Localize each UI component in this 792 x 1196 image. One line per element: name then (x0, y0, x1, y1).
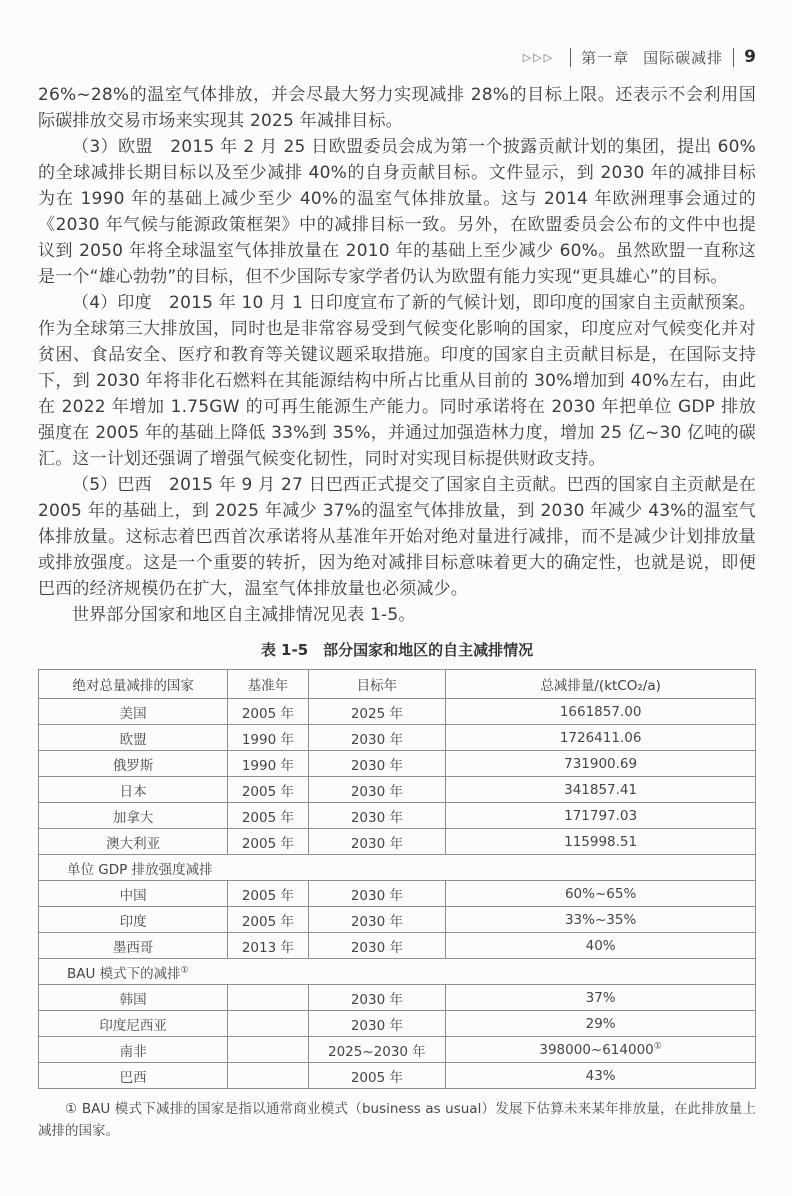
table-cell: 澳大利亚 (39, 829, 228, 855)
table-cell: 欧盟 (39, 725, 228, 751)
table-cell: 2030 年 (308, 725, 446, 751)
chapter-label: 第一章 (581, 47, 629, 68)
chevrons-icon: ▷▷▷ (523, 51, 554, 64)
table-cell: 2005 年 (228, 777, 308, 803)
table-row: 美国2005 年2025 年1661857.00 (39, 699, 756, 725)
table-row: 南非2025~2030 年398000~614000① (39, 1037, 756, 1063)
table-cell: 398000~614000① (446, 1037, 756, 1063)
table-cell: 2030 年 (308, 881, 446, 907)
page-header: ▷▷▷ 第一章 国际碳减排 9 (38, 46, 756, 68)
book-page: ▷▷▷ 第一章 国际碳减排 9 26%~28%的温室气体排放，并会尽最大努力实现… (0, 0, 792, 1196)
table-cell: 2005 年 (308, 1063, 446, 1089)
body-text: 26%~28%的温室气体排放，并会尽最大努力实现减排 28%的目标上限。还表示不… (38, 82, 756, 628)
footnote-marker: ① (181, 965, 189, 975)
table-cell (228, 985, 308, 1011)
table-cell: 29% (446, 1011, 756, 1037)
table-cell: 日本 (39, 777, 228, 803)
paragraph: 世界部分国家和地区自主减排情况见表 1-5。 (38, 602, 756, 628)
table-cell: 2005 年 (228, 699, 308, 725)
table-section-label: 单位 GDP 排放强度减排 (39, 855, 756, 881)
table-cell: 2005 年 (228, 803, 308, 829)
table-cell: 2025 年 (308, 699, 446, 725)
table-cell: 韩国 (39, 985, 228, 1011)
table-cell: 33%~35% (446, 907, 756, 933)
table-section-row: 单位 GDP 排放强度减排 (39, 855, 756, 881)
paragraph: （5）巴西 2015 年 9 月 27 日巴西正式提交了国家自主贡献。巴西的国家… (38, 472, 756, 602)
header-divider (570, 48, 571, 67)
table-cell: 2030 年 (308, 751, 446, 777)
paragraph: （3）欧盟 2015 年 2 月 25 日欧盟委员会成为第一个披露贡献计划的集团… (38, 134, 756, 290)
table-row: 欧盟1990 年2030 年1726411.06 (39, 725, 756, 751)
table-cell (228, 1063, 308, 1089)
table-cell: 加拿大 (39, 803, 228, 829)
page-number: 9 (744, 47, 756, 67)
table-cell: 1661857.00 (446, 699, 756, 725)
table-cell: 美国 (39, 699, 228, 725)
table-cell: 中国 (39, 881, 228, 907)
footnote-marker: ① (654, 1041, 662, 1051)
table-cell: 2030 年 (308, 1011, 446, 1037)
table-row: 墨西哥2013 年2030 年40% (39, 933, 756, 959)
paragraph: （4）印度 2015 年 10 月 1 日印度宣布了新的气候计划，即印度的国家自… (38, 290, 756, 472)
table-row: 印度2005 年2030 年33%~35% (39, 907, 756, 933)
table-cell: 2013 年 (228, 933, 308, 959)
table-cell (228, 1037, 308, 1063)
table-cell: 60%~65% (446, 881, 756, 907)
table-cell: 墨西哥 (39, 933, 228, 959)
table-cell: 1726411.06 (446, 725, 756, 751)
table-section-label: BAU 模式下的减排① (39, 959, 756, 985)
table-cell: 2030 年 (308, 907, 446, 933)
table-cell: 2030 年 (308, 829, 446, 855)
column-header: 基准年 (228, 670, 308, 699)
table-cell (228, 1011, 308, 1037)
table-cell: 印度 (39, 907, 228, 933)
table-row: 澳大利亚2005 年2030 年115998.51 (39, 829, 756, 855)
table-cell: 南非 (39, 1037, 228, 1063)
table-cell: 印度尼西亚 (39, 1011, 228, 1037)
table-cell: 731900.69 (446, 751, 756, 777)
table-cell: 2030 年 (308, 933, 446, 959)
table-cell: 341857.41 (446, 777, 756, 803)
paragraph: 26%~28%的温室气体排放，并会尽最大努力实现减排 28%的目标上限。还表示不… (38, 82, 756, 134)
column-header: 绝对总量减排的国家 (39, 670, 228, 699)
table-cell: 115998.51 (446, 829, 756, 855)
table-cell: 2005 年 (228, 829, 308, 855)
table-row: 中国2005 年2030 年60%~65% (39, 881, 756, 907)
table-row: 日本2005 年2030 年341857.41 (39, 777, 756, 803)
table-section-row: BAU 模式下的减排① (39, 959, 756, 985)
table-cell: 40% (446, 933, 756, 959)
table-row: 印度尼西亚2030 年29% (39, 1011, 756, 1037)
table-cell: 2030 年 (308, 985, 446, 1011)
table-cell: 2005 年 (228, 907, 308, 933)
table-row: 韩国2030 年37% (39, 985, 756, 1011)
table-cell: 2005 年 (228, 881, 308, 907)
header-divider (733, 48, 734, 67)
table-header-row: 绝对总量减排的国家基准年目标年总减排量/(ktCO₂/a) (39, 670, 756, 699)
column-header: 目标年 (308, 670, 446, 699)
column-header: 总减排量/(ktCO₂/a) (446, 670, 756, 699)
table-row: 巴西2005 年43% (39, 1063, 756, 1089)
table-cell: 1990 年 (228, 751, 308, 777)
table-cell: 2025~2030 年 (308, 1037, 446, 1063)
table-cell: 巴西 (39, 1063, 228, 1089)
table-cell: 37% (446, 985, 756, 1011)
table-cell: 2030 年 (308, 803, 446, 829)
chapter-title: 国际碳减排 (643, 47, 723, 68)
emissions-table: 绝对总量减排的国家基准年目标年总减排量/(ktCO₂/a) 美国2005 年20… (38, 669, 756, 1089)
table-row: 俄罗斯1990 年2030 年731900.69 (39, 751, 756, 777)
table-cell: 1990 年 (228, 725, 308, 751)
table-cell: 2030 年 (308, 777, 446, 803)
table-cell: 171797.03 (446, 803, 756, 829)
table-title: 表 1-5 部分国家和地区的自主减排情况 (38, 639, 756, 660)
table-cell: 俄罗斯 (39, 751, 228, 777)
table-row: 加拿大2005 年2030 年171797.03 (39, 803, 756, 829)
table-cell: 43% (446, 1063, 756, 1089)
footnote: ① BAU 模式下减排的国家是指以通常商业模式（business as usua… (38, 1098, 756, 1142)
